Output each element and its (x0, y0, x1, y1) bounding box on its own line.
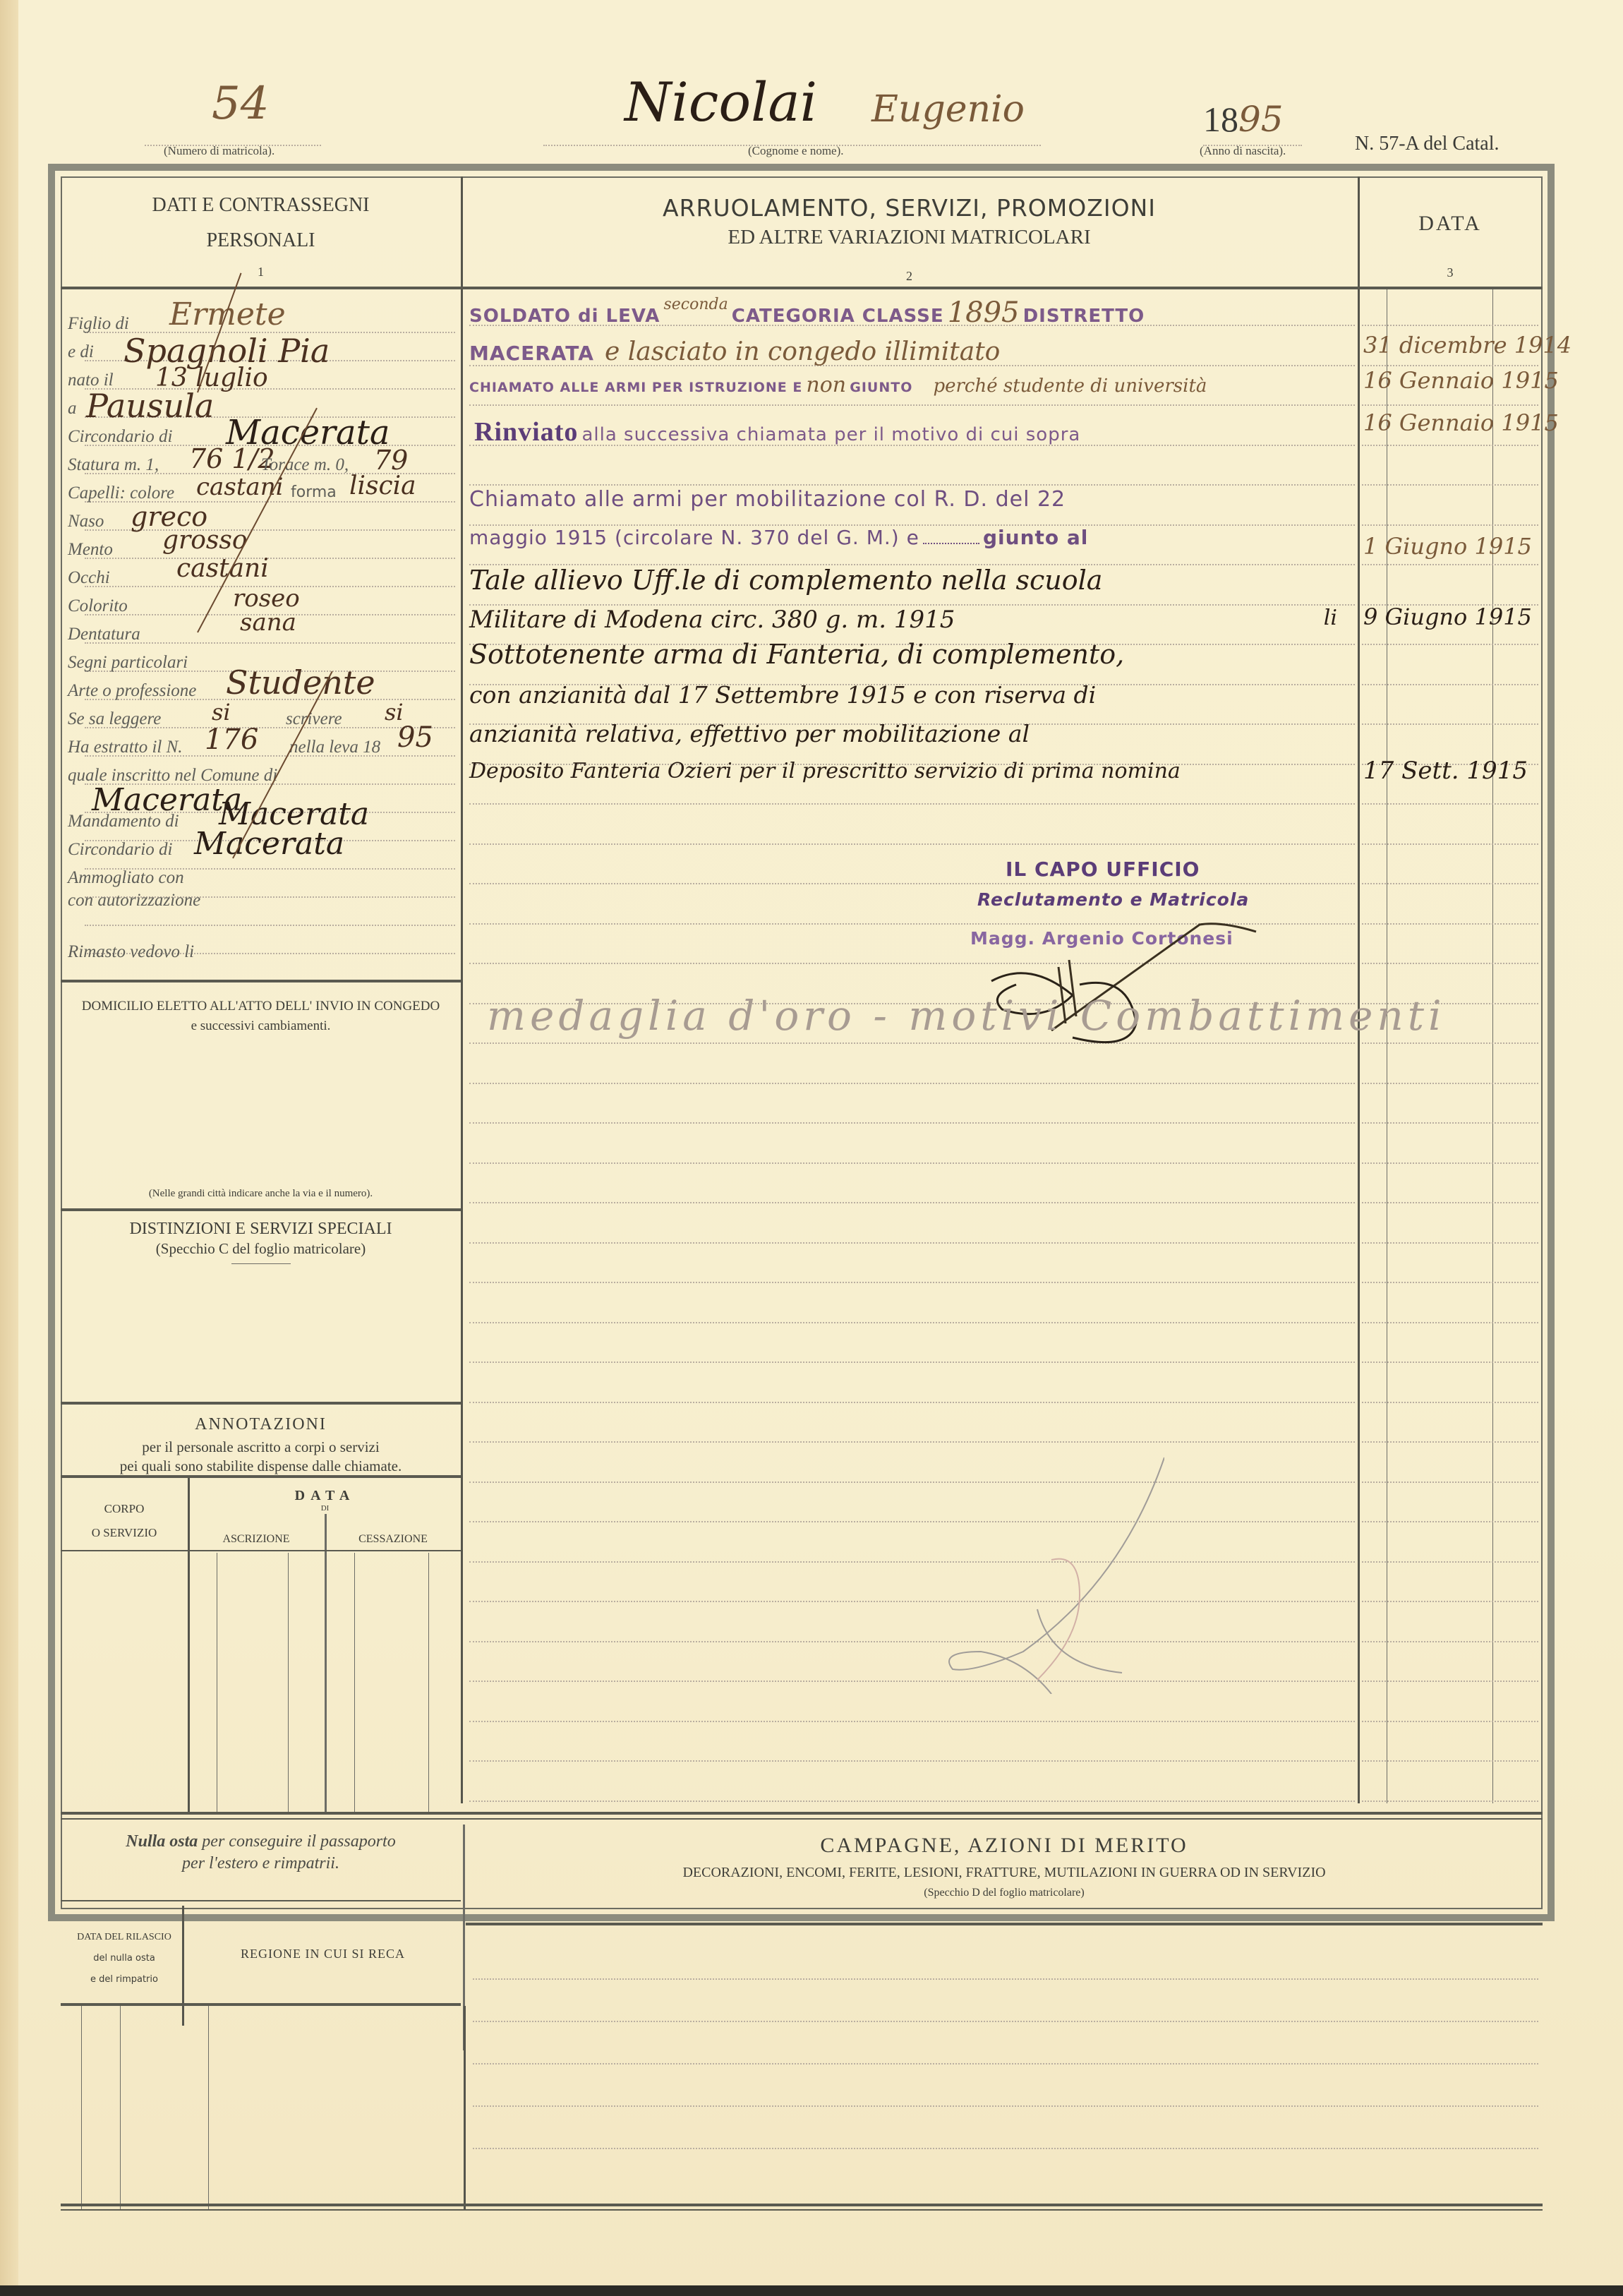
col1-number: 1 (61, 265, 461, 280)
date-ruled-line (1362, 1561, 1538, 1563)
nulla-osta-sub-1 (81, 2006, 82, 2211)
entry-3: CHIAMATO ALLE ARMI PER ISTRUZIONE E non … (469, 373, 1207, 397)
date-entry-12: 17 Sett. 1915 (1363, 757, 1528, 785)
col2-number: 2 (461, 269, 1358, 284)
entry-4: Rinviato alla successiva chiamata per il… (474, 416, 1080, 447)
label-mandamento: Mandamento di (68, 812, 179, 831)
corpo-header: CORPO O SERVIZIO (61, 1502, 188, 1540)
domicilio-subtitle: e successivi cambiamenti. (61, 1018, 461, 1034)
annotazioni-rule (61, 1475, 461, 1478)
annotazioni-line1: per il personale ascritto a corpi o serv… (61, 1438, 461, 1456)
ornament-divider (231, 1263, 291, 1264)
entry-5-stamp: Chiamato alle armi per mobilitazione col… (469, 487, 1066, 512)
date-ruled-line (1362, 1402, 1538, 1403)
value-mento: grosso (162, 526, 248, 555)
label-a: a (68, 399, 77, 419)
page-bottom-rule (61, 2204, 1543, 2206)
date-ruled-line (1362, 484, 1538, 486)
entry-4-stamp2: alla successiva chiamata per il motivo d… (581, 424, 1080, 445)
col2-title-line2: ED ALTRE VARIAZIONI MATRICOLARI (461, 226, 1358, 249)
label-circondario2: Circondario di (68, 840, 172, 860)
date-ruled-line (1362, 1042, 1538, 1044)
header-bottom-rule (61, 287, 1543, 289)
pencil-flourish (910, 1440, 1164, 1694)
entry-ruled-line (469, 484, 1355, 486)
main-section-bottom-rule-2 (61, 1818, 1543, 1820)
entry-8-li: li (1324, 606, 1337, 630)
annot-sub-3 (354, 1553, 355, 1813)
label-mento: Mento (68, 540, 113, 560)
label-arte: Arte o professione (68, 681, 196, 701)
entry-3-stamp2: GIUNTO (850, 380, 912, 395)
personal-ruled-line (85, 925, 455, 926)
label-figlio-di: Figlio di (68, 314, 129, 334)
entry-1-stamp2: CATEGORIA CLASSE (732, 306, 944, 327)
birth-year: 1895 (1203, 99, 1284, 140)
annotazioni-block: ANNOTAZIONI per il personale ascritto a … (61, 1415, 461, 1475)
entry-8-hand: Militare di Modena circ. 380 g. m. 1915 (469, 606, 955, 634)
entry-4-stamp: Rinviato (474, 417, 578, 447)
date-ruled-line (1362, 325, 1538, 326)
date-ruled-line (1362, 404, 1538, 406)
value-leva: 95 (397, 721, 433, 754)
date-ruled-line (1362, 1521, 1538, 1522)
corpo-line1: CORPO (61, 1502, 188, 1516)
date-ruled-line (1362, 1202, 1538, 1203)
office-stamp-line1: IL CAPO UFFICIO (1006, 858, 1249, 881)
entry-ruled-line (469, 1760, 1355, 1762)
label-naso: Naso (68, 512, 104, 531)
label-e-di: e di (68, 342, 94, 362)
entry-ruled-line (469, 1122, 1355, 1124)
date-ruled-line (1362, 843, 1538, 845)
entry-5: Chiamato alle armi per mobilitazione col… (469, 487, 1066, 512)
value-circondario2: Macerata (194, 826, 344, 862)
entry-6: maggio 1915 (circolare N. 370 del G. M.)… (469, 526, 1088, 549)
catalog-ref: N. 57-A del Catal. (1355, 133, 1500, 155)
entry-6-stamp2: giunto al (983, 526, 1088, 549)
corpo-line2: O SERVIZIO (61, 1526, 188, 1540)
entry-6-stamp: maggio 1915 (circolare N. 370 del G. M.)… (469, 526, 919, 549)
nulla-osta-title: Nulla osta per conseguire il passaporto … (61, 1832, 461, 1873)
date-ruled-line (1362, 1322, 1538, 1323)
value-arte: Studente (226, 663, 375, 702)
campagne-block: CAMPAGNE, AZIONI DI MERITO DECORAZIONI, … (466, 1834, 1543, 1899)
nulla-osta-rest: per conseguire il passaporto (202, 1832, 395, 1851)
value-estratto: 176 (205, 723, 258, 756)
campagne-ruled-line (473, 1978, 1538, 1980)
date-ruled-line (1362, 1162, 1538, 1164)
date-ruled-line (1362, 524, 1538, 526)
date-ruled-line (1362, 684, 1538, 685)
domicilio-title-text: DOMICILIO ELETTO ALL'ATTO DELL' INVIO IN… (61, 999, 461, 1014)
date-entry-4: 16 Gennaio 1915 (1363, 409, 1559, 436)
campagne-ruled-line (473, 2063, 1538, 2064)
binding-gutter (0, 0, 18, 2296)
label-ammogliato: Ammogliato con (68, 868, 184, 888)
campagne-line2: (Specchio D del foglio matricolare) (466, 1887, 1543, 1899)
col2-title: ARRUOLAMENTO, SERVIZI, PROMOZIONI ED ALT… (461, 194, 1358, 284)
distinzioni-title-text: DISTINZIONI E SERVIZI SPECIALI (61, 1220, 461, 1239)
date-ruled-line (1362, 1362, 1538, 1363)
label-leva: nella leva 18 (289, 738, 380, 757)
date-ruled-line (1362, 723, 1538, 725)
date-ruled-line (1362, 1083, 1538, 1084)
main-section-bottom-rule (61, 1812, 1543, 1815)
nulla-osta-col1-line2: del nulla osta (61, 1948, 188, 1969)
entry-2-stamp: MACERATA (469, 342, 594, 365)
label-dentatura: Dentatura (68, 625, 140, 644)
annot-sub-1 (217, 1553, 217, 1813)
nulla-osta-col-divider (182, 1906, 184, 2026)
personal-bottom-rule (61, 980, 461, 982)
data-di: DI (189, 1504, 461, 1513)
date-ruled-line (1362, 365, 1538, 366)
date-ruled-line (1362, 1242, 1538, 1244)
label-circondario: Circondario di (68, 427, 172, 447)
date-ruled-line (1362, 1122, 1538, 1124)
value-capelli-forma: liscia (349, 471, 416, 500)
entry-ruled-line (469, 1202, 1355, 1203)
entry-8: Militare di Modena circ. 380 g. m. 1915 … (469, 606, 1351, 634)
date-ruled-line (1362, 1282, 1538, 1283)
entry-ruled-line (469, 1242, 1355, 1244)
entry-ruled-line (469, 803, 1355, 805)
col1-title: DATI E CONTRASSEGNI PERSONALI 1 (61, 194, 461, 280)
nulla-osta-col1-header: DATA DEL RILASCIO del nulla osta e del r… (61, 1927, 188, 1990)
matricola-number: 54 (212, 78, 269, 130)
divider-col1-col2 (461, 176, 463, 1803)
annot-sub-2 (288, 1553, 289, 1813)
value-figlio-di: Ermete (169, 296, 286, 332)
entry-3-stamp: CHIAMATO ALLE ARMI PER ISTRUZIONE E (469, 380, 802, 395)
label-leggere: Se sa leggere (68, 709, 161, 729)
matricola-caption: (Numero di matricola). (164, 144, 274, 158)
page-bottom-edge (0, 2285, 1623, 2296)
date-ruled-line (1362, 803, 1538, 805)
entry-6-gap (923, 543, 979, 544)
entry-ruled-line (469, 1362, 1355, 1363)
col3-title: DATA 3 (1358, 212, 1543, 280)
label-forma: forma (291, 483, 337, 501)
date-ruled-line (1362, 883, 1538, 884)
date-ruled-line (1362, 1481, 1538, 1483)
label-autorizzazione: con autorizzazione (68, 891, 200, 910)
date-ruled-line (1362, 1801, 1538, 1802)
distinzioni-subtitle: (Specchio C del foglio matricolare) (61, 1240, 461, 1258)
date-entry-2: 31 dicembre 1914 (1363, 332, 1571, 359)
domicilio-bottom-rule (61, 1208, 461, 1211)
date-ruled-line (1362, 445, 1538, 446)
label-torace: Torace m. 0, (261, 455, 349, 475)
annot-sub-4 (428, 1553, 429, 1813)
date-ruled-line (1362, 923, 1538, 925)
nulla-osta-sub-2 (120, 2006, 121, 2211)
value-leggere: si (212, 699, 231, 726)
data-di-header: DATA DI (189, 1488, 461, 1513)
date-subcol-2 (1492, 289, 1493, 1803)
nulla-osta-col1-line1: DATA DEL RILASCIO (61, 1927, 188, 1948)
date-subcol-1 (1387, 289, 1387, 1803)
entry-1-hand2: 1895 (948, 296, 1020, 329)
value-dentatura: sana (240, 608, 296, 637)
entry-ruled-line (469, 1402, 1355, 1403)
entry-ruled-line (469, 1322, 1355, 1323)
birth-year-caption: (Anno di nascita). (1200, 144, 1286, 158)
annotazioni-line2: pei quali sono stabilite dispense dalle … (61, 1457, 461, 1475)
entry-ruled-line (469, 1721, 1355, 1722)
label-estratto: Ha estratto il N. (68, 738, 183, 757)
date-ruled-line (1362, 963, 1538, 964)
ascrizione-header: ASCRIZIONE (189, 1533, 323, 1546)
entry-10: con anzianità dal 17 Settembre 1915 e co… (469, 681, 1096, 709)
nulla-osta-header-rule (61, 2003, 461, 2006)
domicilio-title: DOMICILIO ELETTO ALL'ATTO DELL' INVIO IN… (61, 999, 461, 1034)
nulla-osta-sub-3 (208, 2006, 209, 2211)
page-bottom-rule-2 (61, 2209, 1543, 2211)
col1-title-line2: PERSONALI (61, 229, 461, 252)
annot-corpo-divider (188, 1478, 190, 1813)
campagne-title: CAMPAGNE, AZIONI DI MERITO (466, 1834, 1543, 1858)
cessazione-header: CESSAZIONE (326, 1533, 460, 1546)
entry-3-hand2: perché studente di università (933, 375, 1207, 397)
nulla-osta-rule (61, 1900, 461, 1901)
distinzioni-bottom-rule (61, 1402, 461, 1405)
entry-ruled-line (469, 1282, 1355, 1283)
campagne-ruled-line (473, 2105, 1538, 2107)
nulla-osta-line2: per l'estero e rimpatrii. (61, 1854, 461, 1873)
entry-ruled-line (469, 1801, 1355, 1802)
label-statura: Statura m. 1, (68, 455, 159, 475)
date-ruled-line (1362, 1641, 1538, 1642)
entry-1-hand: seconda (663, 296, 728, 313)
date-ruled-line (1362, 644, 1538, 645)
date-ruled-line (1362, 1441, 1538, 1443)
entry-9: Sottotenente arma di Fanteria, di comple… (469, 639, 1124, 670)
nulla-osta-col2-header: REGIONE IN CUI SI RECA (185, 1947, 461, 1961)
value-a: Pausula (86, 387, 214, 425)
col3-title-text: DATA (1358, 212, 1543, 236)
personal-ruled-line (85, 558, 455, 559)
date-ruled-line (1362, 564, 1538, 565)
birth-year-prefix: 18 (1203, 100, 1238, 139)
entry-11: anzianità relativa, effettivo per mobili… (469, 720, 1030, 747)
label-capelli: Capelli: colore (68, 483, 174, 503)
name-caption: (Cognome e nome). (748, 144, 844, 158)
date-ruled-line (1362, 1601, 1538, 1602)
date-ruled-line (1362, 1721, 1538, 1722)
entry-12: Deposito Fanteria Ozieri per il prescrit… (469, 759, 1181, 783)
nulla-osta-col1-line3: e del rimpatrio (61, 1969, 188, 1990)
nulla-osta-table-right (464, 2006, 466, 2211)
birth-year-suffix: 95 (1238, 99, 1284, 140)
entry-7: Tale allievo Uff.le di complemento nella… (469, 565, 1102, 596)
date-entry-6: 1 Giugno 1915 (1363, 533, 1532, 560)
given-name: Eugenio (871, 88, 1025, 131)
entry-2-hand: e lasciato in congedo illimitato (605, 337, 1000, 366)
date-ruled-line (1362, 1681, 1538, 1682)
data-title: DATA (189, 1488, 461, 1504)
campagne-rule (466, 1923, 1543, 1925)
label-colorito: Colorito (68, 596, 128, 616)
divider-col2-col3 (1358, 176, 1360, 1803)
campagne-line1: DECORAZIONI, ENCOMI, FERITE, LESIONI, FR… (466, 1865, 1543, 1881)
label-segni: Segni particolari (68, 653, 188, 673)
surname: Nicolai (625, 71, 817, 133)
entry-1-stamp3: DISTRETTO (1023, 306, 1145, 327)
col3-number: 3 (1358, 265, 1543, 280)
office-stamp-line2: Reclutamento e Matricola (977, 889, 1249, 910)
nulla-osta-bold: Nulla osta (126, 1832, 198, 1851)
col1-title-line1: DATI E CONTRASSEGNI (61, 194, 461, 217)
value-occhi: castani (176, 554, 269, 583)
entry-ruled-line (469, 1162, 1355, 1164)
entry-3-hand: non (806, 373, 846, 397)
label-occhi: Occhi (68, 568, 110, 588)
campagne-ruled-line (473, 2021, 1538, 2022)
date-ruled-line (1362, 1760, 1538, 1762)
domicilio-note: (Nelle grandi città indicare anche la vi… (61, 1188, 461, 1200)
annot-header-rule (61, 1550, 461, 1551)
campagne-ruled-line (473, 2148, 1538, 2149)
entry-2: MACERATA e lasciato in congedo illimitat… (469, 337, 1000, 366)
annotazioni-title: ANNOTAZIONI (61, 1415, 461, 1434)
annot-data-divider (325, 1514, 327, 1813)
entry-1-stamp: SOLDATO di LEVA (469, 306, 660, 327)
entry-ruled-line (469, 404, 1355, 406)
date-entry-8: 9 Giugno 1915 (1363, 603, 1532, 630)
date-entry-3: 16 Gennaio 1915 (1363, 367, 1559, 394)
pencil-note: medaglia d'oro - motivi Combattimenti (487, 992, 1446, 1040)
entry-1: SOLDATO di LEVA seconda CATEGORIA CLASSE… (469, 296, 1145, 329)
label-scrivere: scrivere (286, 709, 342, 729)
col2-title-line1: ARRUOLAMENTO, SERVIZI, PROMOZIONI (461, 194, 1358, 222)
label-vedovo: Rimasto vedovo li (68, 942, 194, 962)
distinzioni-title: DISTINZIONI E SERVIZI SPECIALI (Specchio… (61, 1220, 461, 1264)
entry-ruled-line (469, 843, 1355, 845)
